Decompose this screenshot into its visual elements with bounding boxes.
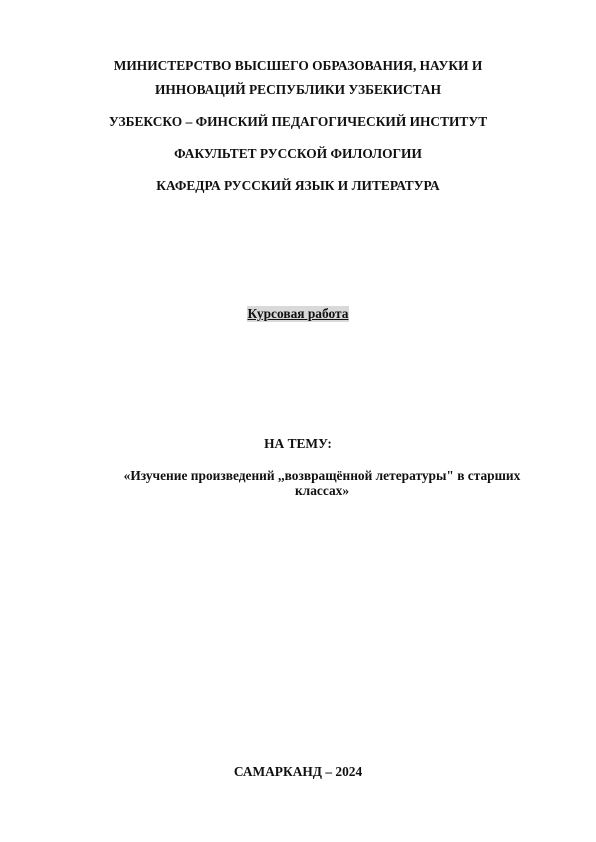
city-year: САМАРКАНД – 2024 bbox=[0, 764, 596, 780]
work-type-wrapper: Курсовая работа bbox=[0, 306, 596, 322]
ministry-line-2: ИННОВАЦИЙ РЕСПУБЛИКИ УЗБЕКИСТАН bbox=[0, 82, 596, 98]
ministry-line-1: МИНИСТЕРСТВО ВЫСШЕГО ОБРАЗОВАНИЯ, НАУКИ … bbox=[0, 58, 596, 74]
work-type: Курсовая работа bbox=[247, 306, 350, 322]
topic-title: «Изучение произведений ,,возвращённой ле… bbox=[100, 468, 544, 498]
department-name: КАФЕДРА РУССКИЙ ЯЗЫК И ЛИТЕРАТУРА bbox=[0, 178, 596, 194]
institute-name: УЗБЕКСКО – ФИНСКИЙ ПЕДАГОГИЧЕСКИЙ ИНСТИТ… bbox=[0, 114, 596, 130]
topic-label: НА ТЕМУ: bbox=[0, 436, 596, 452]
faculty-name: ФАКУЛЬТЕТ РУССКОЙ ФИЛОЛОГИИ bbox=[0, 146, 596, 162]
